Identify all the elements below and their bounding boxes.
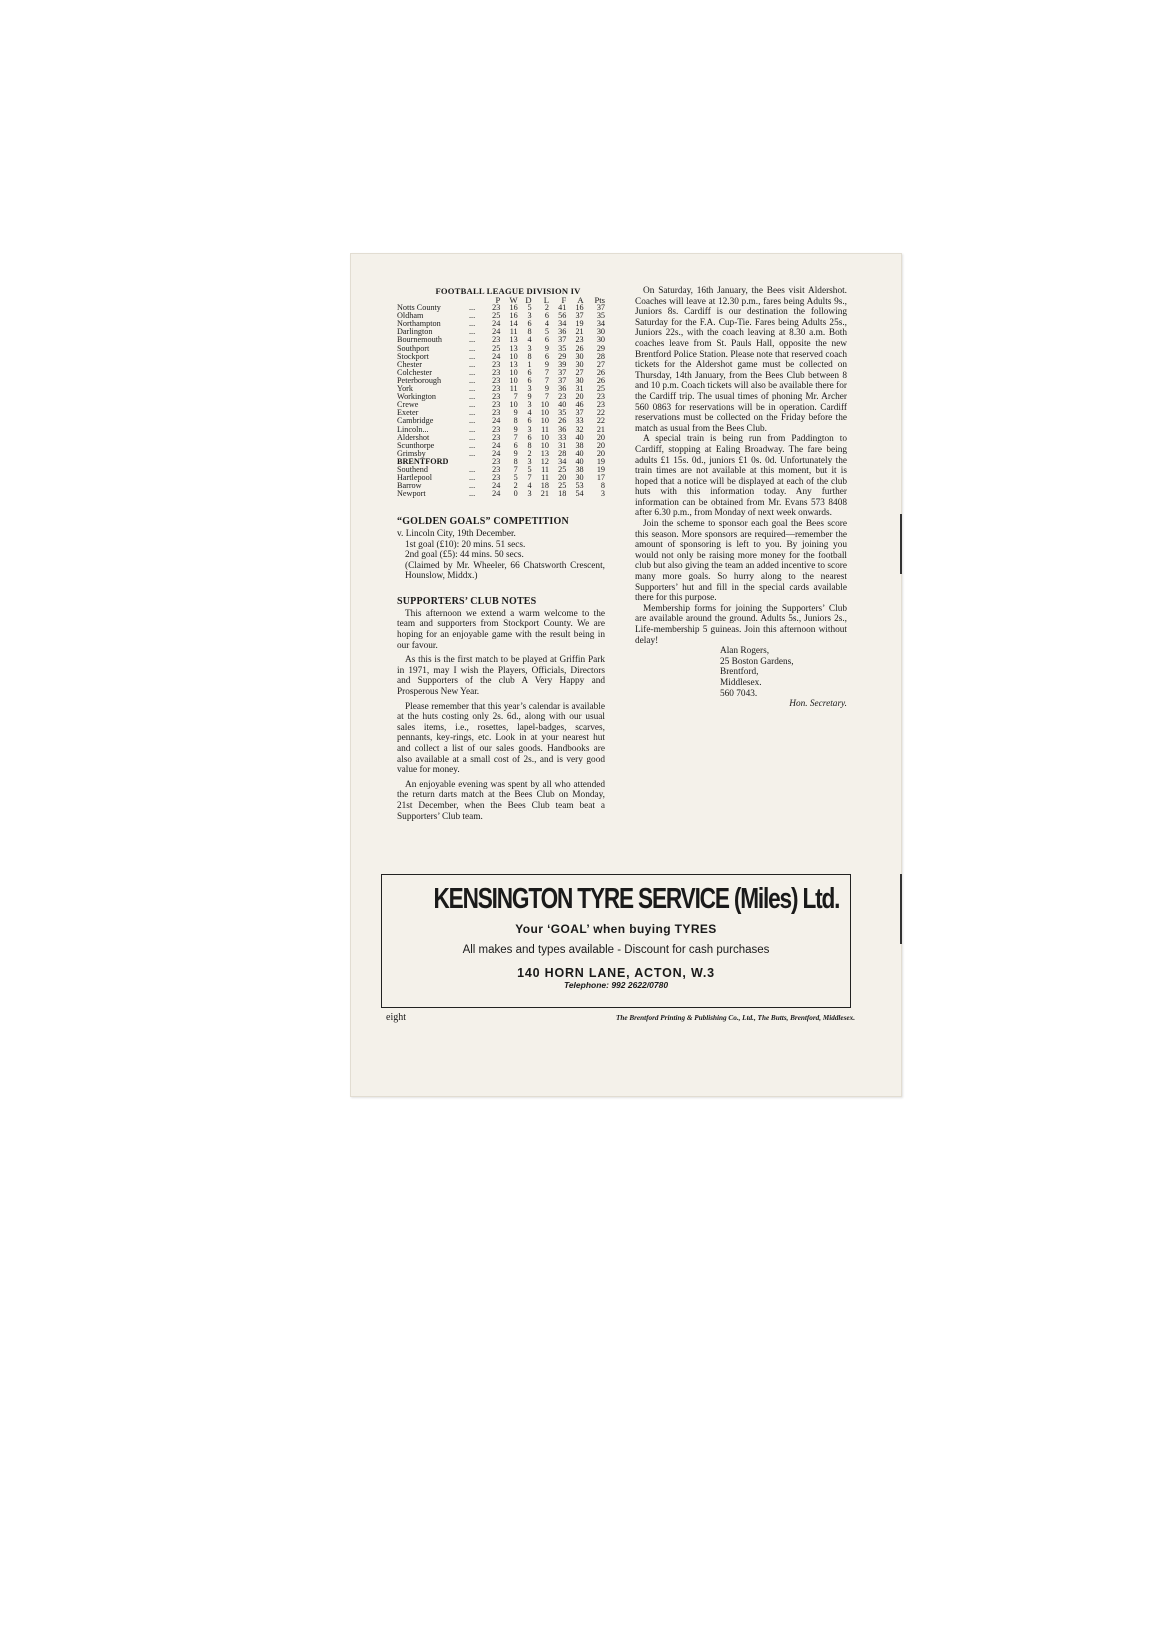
league-row: Stockport...241086293028 xyxy=(397,353,605,361)
page-edge-mark xyxy=(900,874,902,944)
programme-page: FOOTBALL LEAGUE DIVISION IV P W D L F A … xyxy=(350,253,902,1097)
stat-f: 18 xyxy=(549,490,566,498)
league-row: Workington...23797232023 xyxy=(397,393,605,401)
league-row: Newport...24032118543 xyxy=(397,490,605,498)
golden-goals-match: v. Lincoln City, 19th December. xyxy=(397,529,605,540)
golden-goals-heading: “GOLDEN GOALS” COMPETITION xyxy=(397,516,605,527)
signature-name: Alan Rogers, xyxy=(720,646,847,657)
supporters-paragraph: As this is the first match to be played … xyxy=(397,655,605,697)
team-name: Newport xyxy=(397,490,467,498)
advert-address: 140 HORN LANE, ACTON, W.3 xyxy=(382,966,850,980)
page-number: eight xyxy=(386,1012,406,1023)
leader-dots: ... xyxy=(467,450,483,458)
supporters-club-heading: SUPPORTERS’ CLUB NOTES xyxy=(397,596,605,607)
league-row: Crewe...2310310404623 xyxy=(397,401,605,409)
printer-credit: The Brentford Printing & Publishing Co.,… xyxy=(616,1014,855,1022)
golden-goals-first: 1st goal (£10): 20 mins. 51 secs. xyxy=(397,540,605,551)
golden-goals-claimed: (Claimed by Mr. Wheeler, 66 Chatsworth C… xyxy=(397,561,605,582)
signature-address-1: 25 Boston Gardens, xyxy=(720,657,847,668)
stat-d: 3 xyxy=(518,490,532,498)
train-paragraph: A special train is being run from Paddin… xyxy=(635,434,847,519)
league-row: Peterborough...231067373026 xyxy=(397,377,605,385)
signature-title: Hon. Secretary. xyxy=(635,699,847,710)
right-column: On Saturday, 16th January, the Bees visi… xyxy=(635,286,847,710)
stat-a: 54 xyxy=(566,490,583,498)
league-row: Notts County...231652411637 xyxy=(397,304,605,312)
golden-goals-section: “GOLDEN GOALS” COMPETITION v. Lincoln Ci… xyxy=(397,516,605,582)
league-table-title: FOOTBALL LEAGUE DIVISION IV xyxy=(411,286,605,296)
league-row: Scunthorpe...246810313820 xyxy=(397,442,605,450)
supporters-paragraph: Please remember that this year’s calenda… xyxy=(397,702,605,776)
advert-line: All makes and types available - Discount… xyxy=(382,944,850,956)
stat-w: 0 xyxy=(500,490,517,498)
membership-paragraph: Membership forms for joining the Support… xyxy=(635,604,847,646)
league-row: BRENTFORD238312344019 xyxy=(397,458,605,466)
left-column: FOOTBALL LEAGUE DIVISION IV P W D L F A … xyxy=(397,286,605,826)
supporters-paragraph: An enjoyable evening was spent by all wh… xyxy=(397,780,605,822)
league-table-body: Notts County...231652411637Oldham...2516… xyxy=(397,304,605,498)
advert-company: KENSINGTON TYRE SERVICE (Miles) Ltd. xyxy=(433,883,798,916)
advert-tagline: Your ‘GOAL’ when buying TYRES xyxy=(382,922,850,936)
supporters-club-section: SUPPORTERS’ CLUB NOTES This afternoon we… xyxy=(397,596,605,822)
kensington-tyre-advert: KENSINGTON TYRE SERVICE (Miles) Ltd. You… xyxy=(381,874,851,1008)
stat-p: 24 xyxy=(483,490,500,498)
league-row: Barrow...24241825538 xyxy=(397,482,605,490)
stat-pts: 3 xyxy=(584,490,605,498)
leader-dots: ... xyxy=(467,490,483,498)
advert-telephone: Telephone: 992 2622/0780 xyxy=(382,980,850,990)
stat-l: 21 xyxy=(532,490,549,498)
signature-block: Alan Rogers, 25 Boston Gardens, Brentfor… xyxy=(720,646,847,699)
signature-address-3: Middlesex. xyxy=(720,678,847,689)
sponsor-paragraph: Join the scheme to sponsor each goal the… xyxy=(635,519,847,604)
signature-address-2: Brentford, xyxy=(720,667,847,678)
league-table: P W D L F A Pts Notts County...231652411… xyxy=(397,296,605,498)
golden-goals-second: 2nd goal (£5): 44 mins. 50 secs. xyxy=(397,550,605,561)
travel-paragraph: On Saturday, 16th January, the Bees visi… xyxy=(635,286,847,434)
signature-phone: 560 7043. xyxy=(720,689,847,700)
page-edge-mark xyxy=(900,514,902,574)
league-row: Hartlepool...235711203017 xyxy=(397,474,605,482)
supporters-paragraph: This afternoon we extend a warm welcome … xyxy=(397,609,605,651)
